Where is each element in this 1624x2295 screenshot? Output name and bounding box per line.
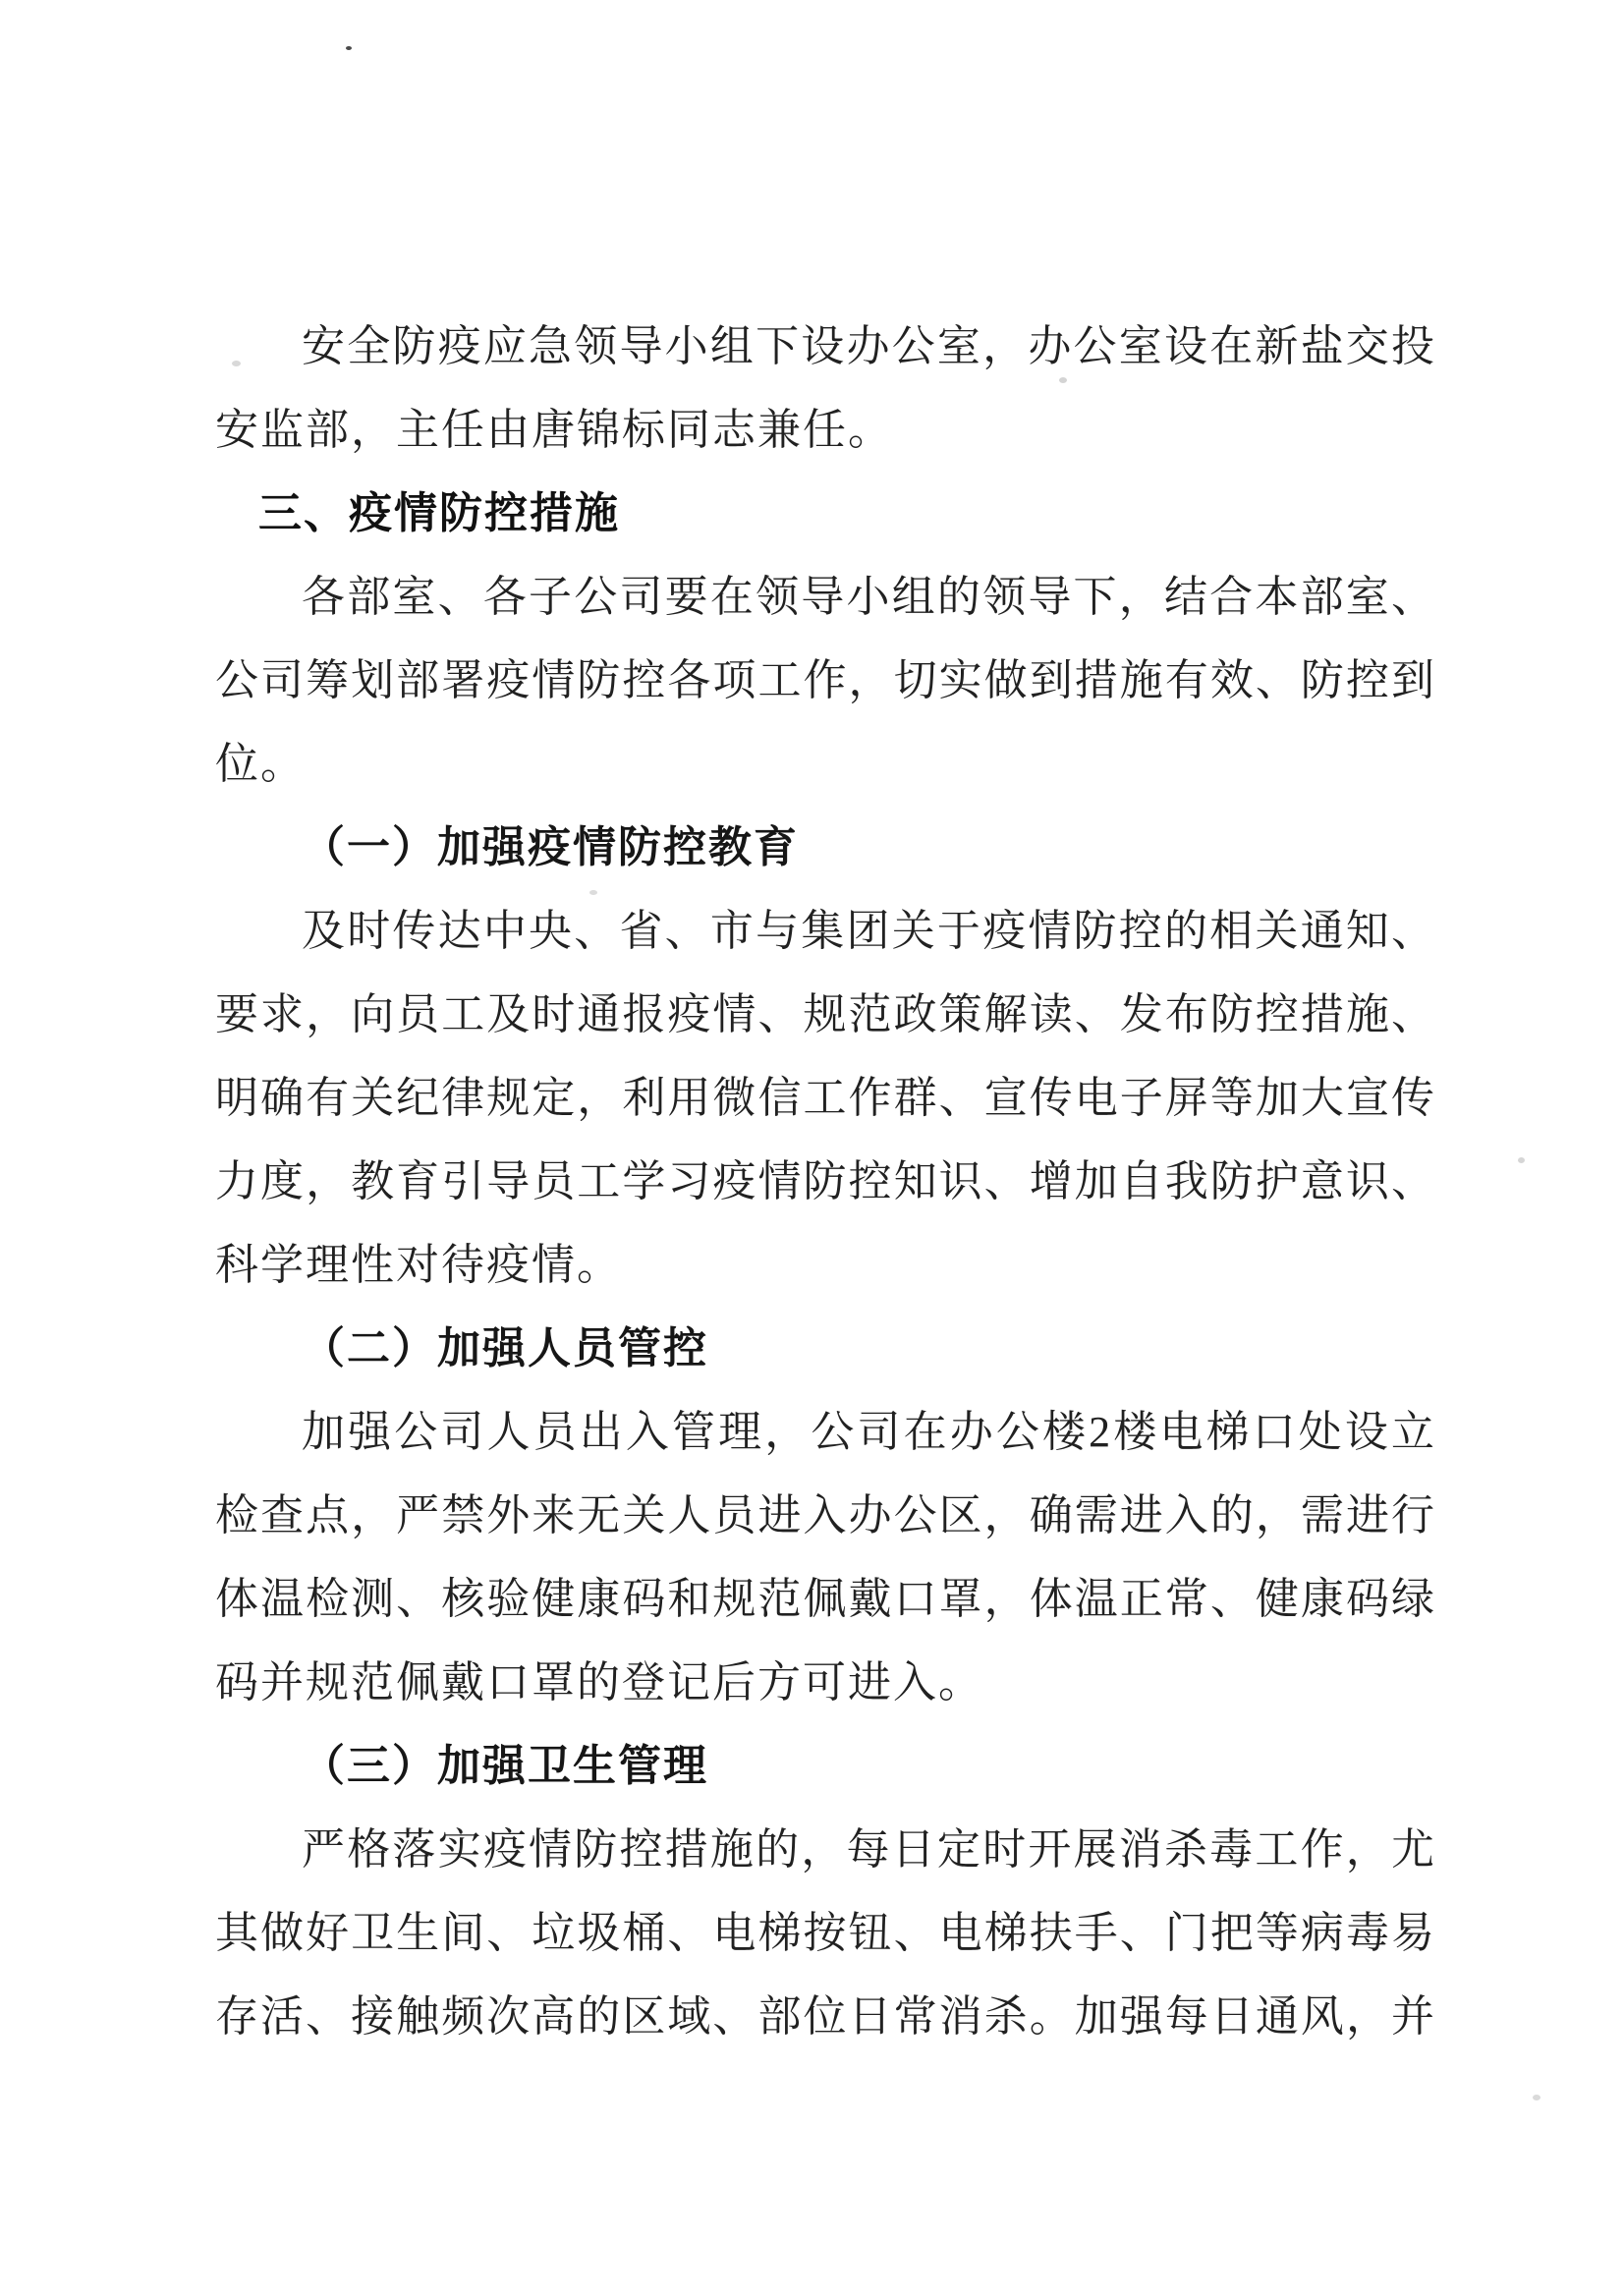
scan-speck <box>1533 2095 1540 2100</box>
text-line: 安全防疫应急领导小组下设办公室，办公室设在新盐交投 <box>215 305 1434 388</box>
text-line: 及时传达中央、省、市与集团关于疫情防控的相关通知、 <box>215 889 1434 973</box>
text-line: 要求，向员工及时通报疫情、规范政策解读、发布防控措施、 <box>215 973 1434 1056</box>
text-line: 科学理性对待疫情。 <box>215 1223 1434 1307</box>
text-line: 公司筹划部署疫情防控各项工作，切实做到措施有效、防控到 <box>215 639 1434 722</box>
scan-speck <box>346 46 352 50</box>
text-line: 其做好卫生间、垃圾桶、电梯按钮、电梯扶手、门把等病毒易 <box>215 1891 1434 1975</box>
text-line: 严格落实疫情防控措施的，每日定时开展消杀毒工作，尤 <box>215 1808 1434 1891</box>
text-line: 体温检测、核验健康码和规范佩戴口罩，体温正常、健康码绿 <box>215 1557 1434 1641</box>
scan-speck <box>232 361 241 366</box>
text-line: 加强公司人员出入管理，公司在办公楼2楼电梯口处设立 <box>215 1390 1434 1474</box>
document-body: 安全防疫应急领导小组下设办公室，办公室设在新盐交投安监部，主任由唐锦标同志兼任。… <box>215 305 1434 2058</box>
scan-speck <box>1059 377 1067 383</box>
text-line: 检查点，严禁外来无关人员进入办公区，确需进入的，需进行 <box>215 1474 1434 1557</box>
text-line: 安监部，主任由唐锦标同志兼任。 <box>215 388 1434 472</box>
document-page: 安全防疫应急领导小组下设办公室，办公室设在新盐交投安监部，主任由唐锦标同志兼任。… <box>0 0 1624 2295</box>
text-line: 力度，教育引导员工学习疫情防控知识、增加自我防护意识、 <box>215 1140 1434 1223</box>
text-line: 码并规范佩戴口罩的登记后方可进入。 <box>215 1641 1434 1724</box>
scan-speck <box>589 890 597 895</box>
section-heading: （三）加强卫生管理 <box>215 1724 1434 1808</box>
section-heading: （一）加强疫情防控教育 <box>215 806 1434 889</box>
section-heading: 三、疫情防控措施 <box>215 472 1434 555</box>
text-line: 明确有关纪律规定，利用微信工作群、宣传电子屏等加大宣传 <box>215 1056 1434 1140</box>
section-heading: （二）加强人员管控 <box>215 1307 1434 1390</box>
text-line: 位。 <box>215 722 1434 806</box>
text-line: 存活、接触频次高的区域、部位日常消杀。加强每日通风，并 <box>215 1975 1434 2058</box>
text-line: 各部室、各子公司要在领导小组的领导下，结合本部室、 <box>215 555 1434 639</box>
scan-speck <box>1518 1157 1525 1163</box>
